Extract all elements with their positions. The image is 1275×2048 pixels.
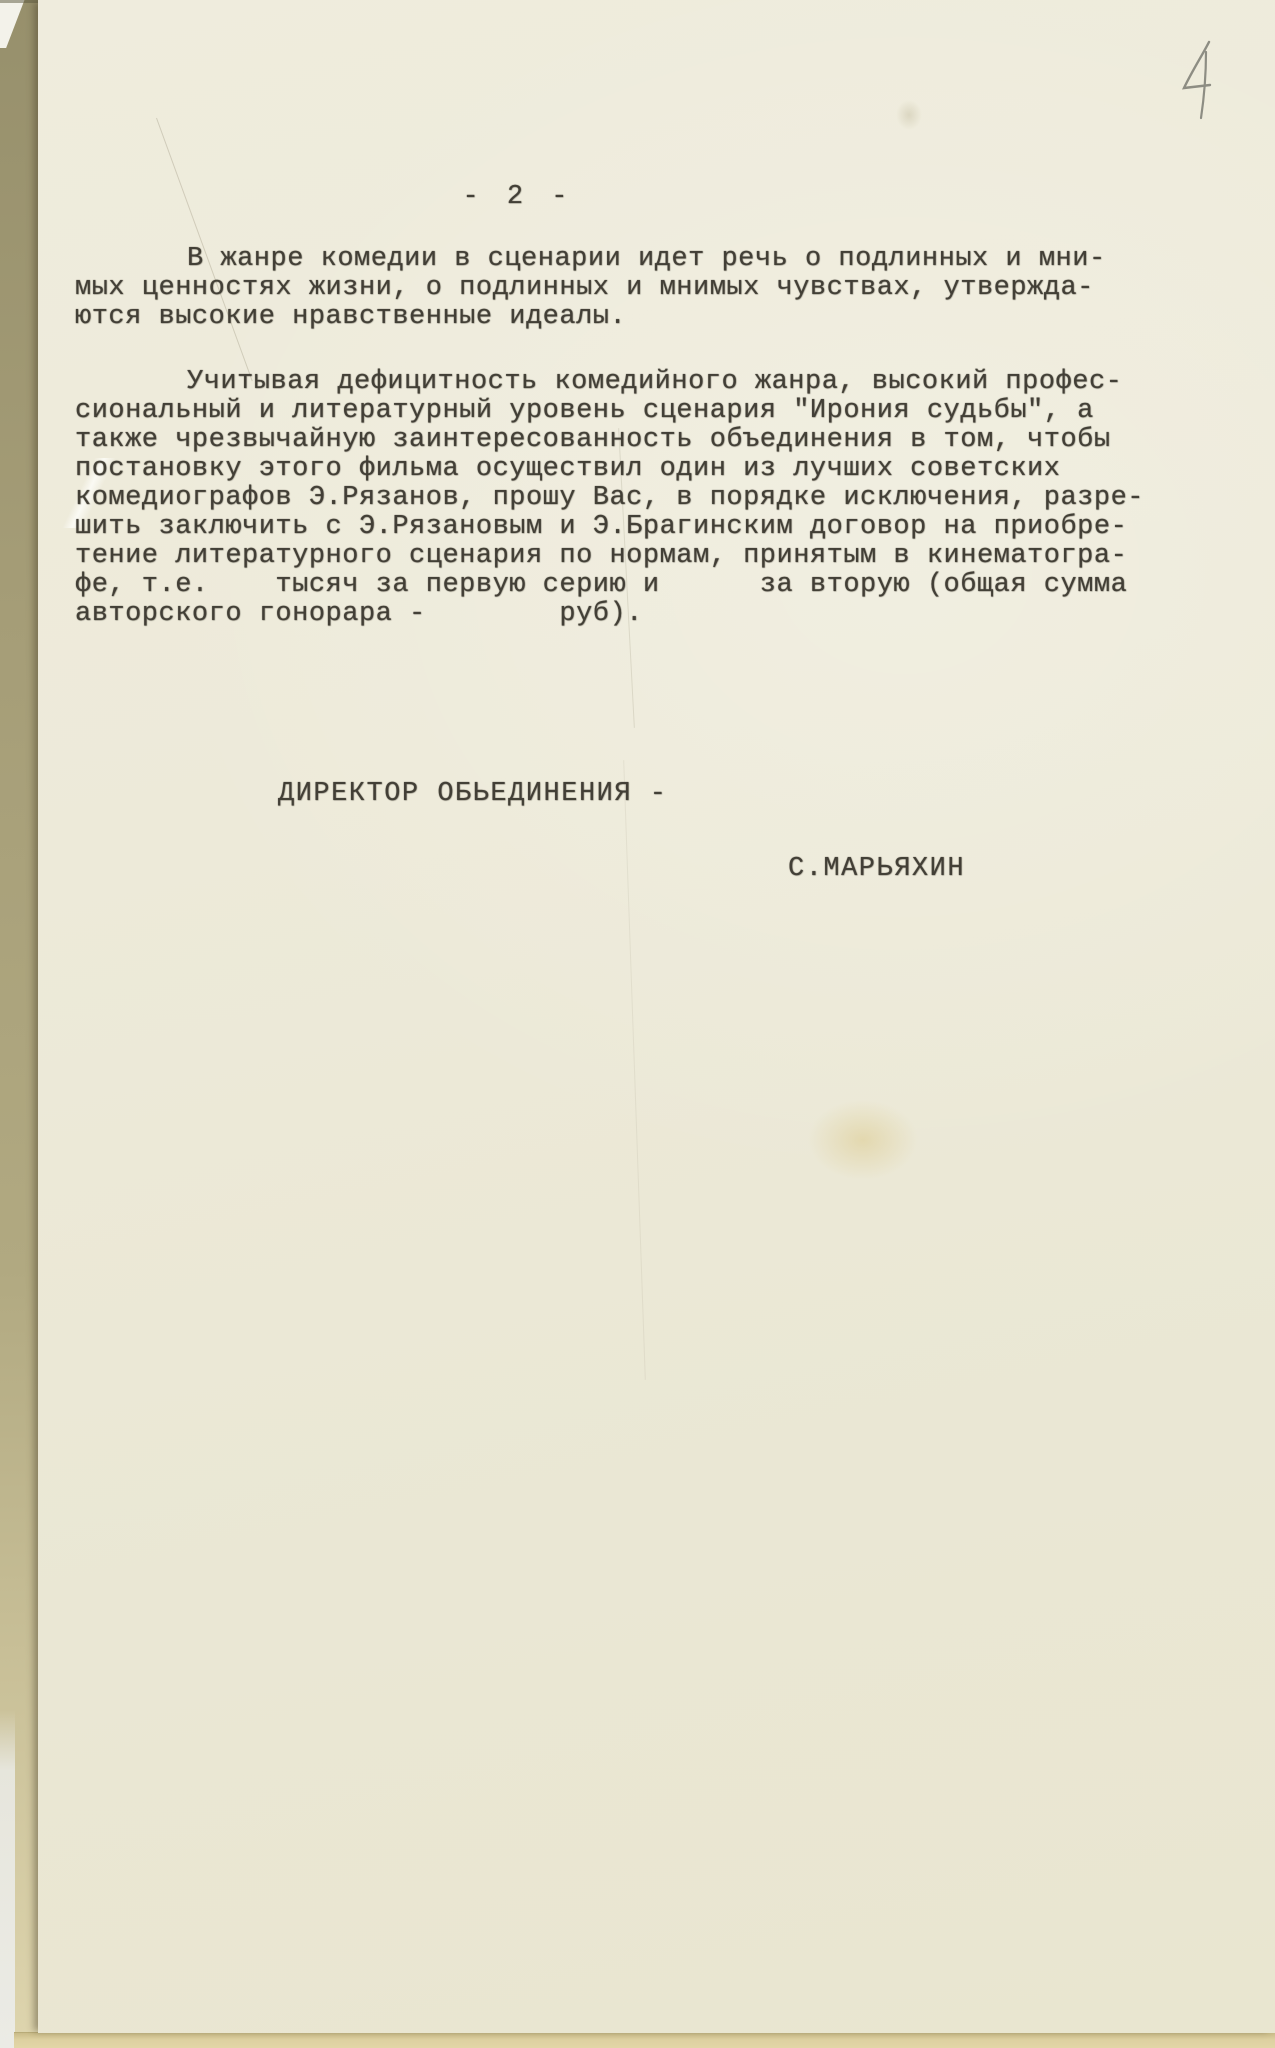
scanned-document: - 2 - В жанре комедии в сценарии идет ре… (0, 0, 1275, 2048)
signature-name: С.МАРЬЯХИН (788, 854, 965, 884)
typed-line: комедиографов Э.Рязанов, прошу Вас, в по… (75, 484, 1144, 513)
underlying-page-edge-bottom (14, 2032, 1275, 2048)
signature-role-line: ДИРЕКТОР ОБЬЕДИНЕНИЯ - (278, 779, 667, 809)
typed-line: также чрезвычайную заинтересованность об… (75, 426, 1144, 455)
paper-page: - 2 - В жанре комедии в сценарии идет ре… (38, 0, 1275, 2033)
paper-crease (623, 760, 646, 1380)
typed-line: сиональный и литературный уровень сценар… (75, 397, 1144, 426)
typed-line: мых ценностях жизни, о подлинных и мнимы… (75, 274, 1106, 303)
paragraph: В жанре комедии в сценарии идет речь о п… (75, 245, 1106, 332)
typed-line: фе, т.е. тысяч за первую серию и за втор… (75, 571, 1144, 600)
typed-line: авторского гонорара - руб). (75, 600, 1144, 629)
paper-mark (896, 100, 922, 130)
typed-page-number: - 2 - (378, 182, 658, 212)
paragraph: Учитывая дефицитность комедийного жанра,… (75, 368, 1144, 629)
typed-line: Учитывая дефицитность комедийного жанра,… (75, 368, 1144, 397)
typed-line: тение литературного сценария по нормам, … (75, 542, 1144, 571)
underlying-page-edge-left-light (0, 1710, 15, 2048)
typed-line: постановку этого фильма осуществил один … (75, 455, 1144, 484)
pencil-numeral-4-icon (1176, 38, 1222, 124)
typed-line: шить заключить с Э.Рязановым и Э.Брагинс… (75, 513, 1144, 542)
handwritten-page-number (1176, 38, 1222, 124)
typed-line: В жанре комедии в сценарии идет речь о п… (75, 245, 1106, 274)
paper-stain (808, 1100, 918, 1180)
typed-line: ются высокие нравственные идеалы. (75, 303, 1106, 332)
